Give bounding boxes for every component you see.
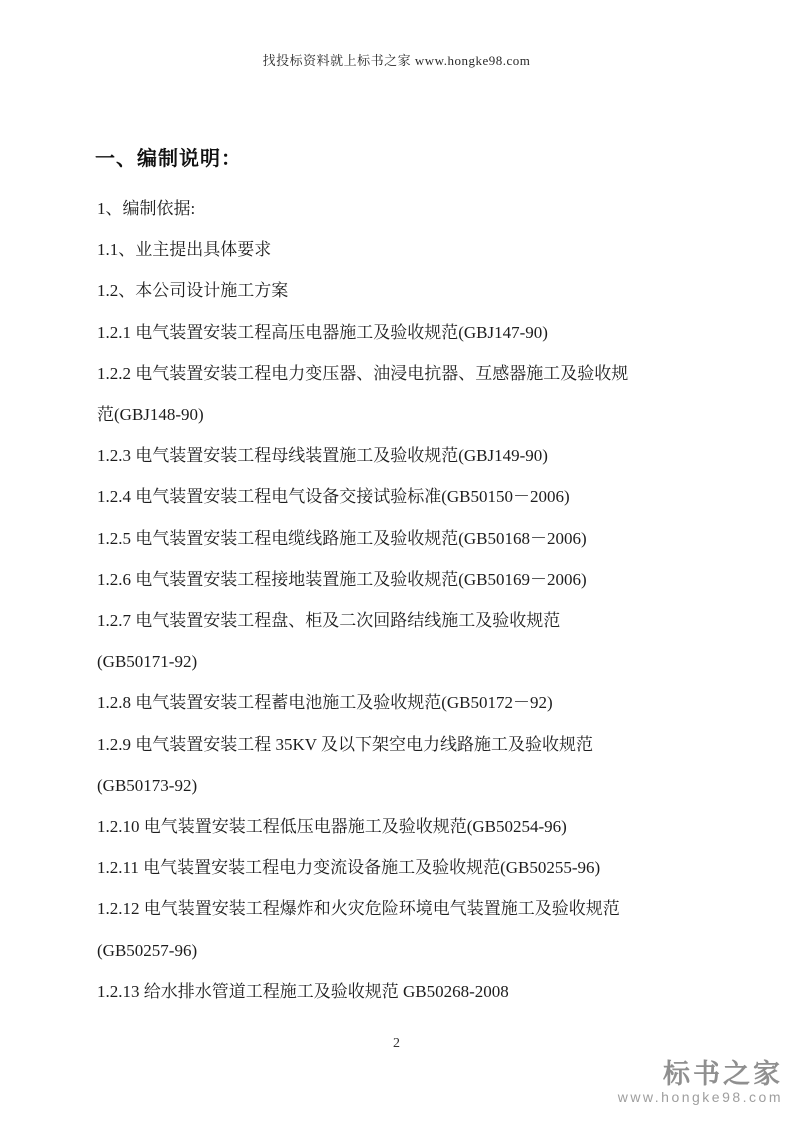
paragraph-line: 1.2.11 电气装置安装工程电力变流设备施工及验收规范(GB50255-96)	[97, 847, 717, 888]
paragraph-line: 1.2.3 电气装置安装工程母线装置施工及验收规范(GBJ149-90)	[97, 435, 717, 476]
paragraph-line: 1.2.2 电气装置安装工程电力变压器、油浸电抗器、互感器施工及验收规	[97, 353, 717, 394]
paragraph-line: 1.2.1 电气装置安装工程高压电器施工及验收规范(GBJ147-90)	[97, 312, 717, 353]
paragraph-line: (GB50173-92)	[97, 765, 717, 806]
paragraph-line: 1.2.5 电气装置安装工程电缆线路施工及验收规范(GB50168－2006)	[97, 518, 717, 559]
paragraph-line: 范(GBJ148-90)	[97, 394, 717, 435]
paragraph-line: 1.2、本公司设计施工方案	[97, 270, 717, 311]
watermark-logo-text: 标书之家	[618, 1058, 783, 1090]
paragraph-line: 1.2.7 电气装置安装工程盘、柜及二次回路结线施工及验收规范	[97, 600, 717, 641]
header-watermark-text: 找投标资料就上标书之家 www.hongke98.com	[0, 50, 793, 69]
paragraph-line: 1.2.4 电气装置安装工程电气设备交接试验标准(GB50150－2006)	[97, 476, 717, 517]
paragraph-line: 1.2.6 电气装置安装工程接地装置施工及验收规范(GB50169－2006)	[97, 559, 717, 600]
document-body: 1、编制依据: 1.1、业主提出具体要求 1.2、本公司设计施工方案 1.2.1…	[97, 188, 717, 1012]
paragraph-line: 1.2.9 电气装置安装工程 35KV 及以下架空电力线路施工及验收规范	[97, 724, 717, 765]
paragraph-line: (GB50171-92)	[97, 641, 717, 682]
page-number: 2	[0, 1036, 793, 1052]
paragraph-line: 1.2.13 给水排水管道工程施工及验收规范 GB50268-2008	[97, 971, 717, 1012]
footer-watermark: 标书之家 www.hongke98.com	[618, 1058, 783, 1106]
paragraph-line: 1.1、业主提出具体要求	[97, 229, 717, 270]
section-title: 一、编制说明：	[95, 142, 242, 171]
paragraph-line: 1.2.8 电气装置安装工程蓄电池施工及验收规范(GB50172－92)	[97, 682, 717, 723]
watermark-url-text: www.hongke98.com	[618, 1090, 783, 1105]
paragraph-line: 1.2.10 电气装置安装工程低压电器施工及验收规范(GB50254-96)	[97, 806, 717, 847]
paragraph-line: (GB50257-96)	[97, 930, 717, 971]
paragraph-line: 1.2.12 电气装置安装工程爆炸和火灾危险环境电气装置施工及验收规范	[97, 888, 717, 929]
document-page: 找投标资料就上标书之家 www.hongke98.com 一、编制说明： 1、编…	[0, 0, 793, 1122]
paragraph-line: 1、编制依据:	[97, 188, 717, 229]
